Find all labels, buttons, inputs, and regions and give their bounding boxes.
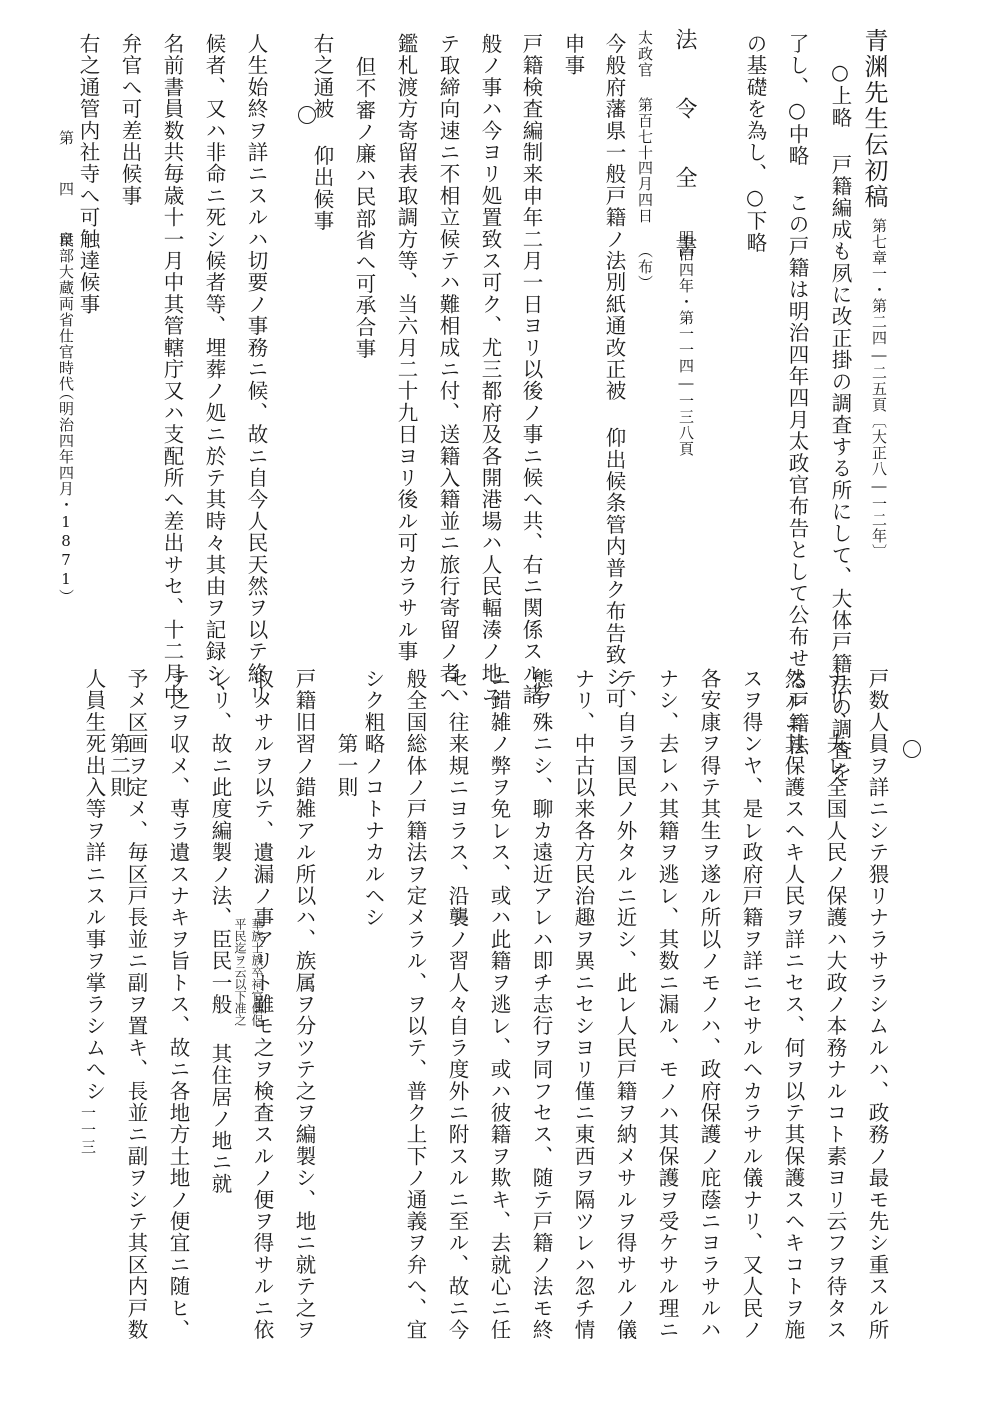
lower-line-12: 般全国総体ノ戸籍法ヲ定メラル、ヲ以テ、普ク上下ノ通義ヲ弁へ、宜 (405, 668, 426, 1341)
rule-1-note-line-2: 平民迄ヲ云以下准之 (232, 918, 249, 1026)
lower-line-11: セ、往来規ニヨラス、沿襲ノ習人々自ラ度外ニ附スルニ至ル、故ニ今 (447, 668, 468, 1341)
rule-1-interlinear-note: 華族士族卒祠官僧侶 平民迄ヲ云以下准之 (232, 918, 266, 1026)
law-body-line-3: 戸籍検査編制来申年二月一日ヨリ以後ノ事ニ候へ共、右ニ関係スル諸 (521, 33, 542, 706)
law-body-line-6: 鑑札渡方寄留表取調方等、当六月二十九日ヨリ後ル可カラサル事 (396, 33, 417, 662)
decree-label: 太政官 第百七十 (637, 30, 652, 161)
law-body-closing: 右之通被 仰出候事 (312, 33, 333, 232)
lower-line-9: 態ヲ殊ニシ、聊カ遠近アレハ即チ志行ヲ同フセス、随テ戸籍ノ法モ終 (531, 668, 552, 1341)
page-number: 一一三 (80, 1105, 95, 1156)
source-reference: 第七章一・第二四―二五頁〔大正八―一二年〕 (871, 218, 886, 560)
lower-line-13: シク粗略ノコトナカルヘシ (363, 668, 384, 928)
second-section-line-5: 右之通管内社寺へ可触達候事 (78, 33, 99, 315)
intro-line-3: の基礎を為し、○下略 (745, 33, 766, 254)
second-section-line-2: 候者、又ハ非命ニ死シ候者等、埋葬ノ処ニ於テ其時々其由ヲ記録シ、 (204, 33, 225, 706)
rule-1-line-1: 戸籍旧習ノ錯雑アル所以ハ、族属ヲ分ツテ之ヲ編製シ、地ニ就テ之ヲ (294, 668, 315, 1341)
book-title: 青渊先生伝初稿 (862, 28, 886, 210)
rule-2-heading: 第二則 (108, 733, 129, 798)
lower-line-4: スヲ得ンヤ、是レ政府戸籍ヲ詳ニセサルヘカラサル儀ナリ、又人民ノ (741, 668, 762, 1341)
second-section-line-3: 名前書員数共毎歳十一月中其管轄庁又ハ支配所へ差出サセ、十二月中 (162, 33, 183, 706)
chapter-period: （明治四年四月・1871） (58, 385, 73, 605)
lower-line-6: ナシ、去レハ其籍ヲ逃レ、其数ニ漏ル、モノハ其保護ヲ受ケサル理ニ (657, 668, 678, 1341)
rule-1-line-3a: レリ、故ニ此度編製ノ法、臣民一般 (210, 668, 231, 1015)
rule-1-line-4: テ之ヲ収メ、専ラ遺スナキヲ旨トス、故ニ各地方土地ノ便宜ニ随ヒ、 (168, 668, 189, 1341)
lower-line-5: 各安康ヲ得テ其生ヲ遂ル所以ノモノハ、政府保護ノ庇蔭ニヨラサルハ (699, 668, 720, 1341)
lower-line-2: ナリ、夫レ全国人民ノ保護ハ大政ノ本務ナルコト素ヨリ云フヲ待タス (825, 668, 846, 1341)
chapter-title: 民部大蔵両省仕官時代 (58, 232, 73, 392)
decree-date: 四月四日 （布） (637, 160, 652, 291)
law-body-line-1: 今般府藩県一般戸籍ノ法別紙通改正被 仰出候条管内普ク布告致シ可 (604, 33, 625, 709)
rule-1-line-3b: 其住居ノ地ニ就 (210, 1043, 231, 1195)
rule-1-heading: 第一則 (336, 733, 357, 798)
lower-line-10: ニ錯雑ノ弊ヲ免レス、或ハ此籍ヲ逃レ、或ハ彼籍ヲ欺キ、去就心ニ任 (489, 668, 510, 1341)
intro-line-2: 了し、○中略 この戸籍は明治四年四月太政官布告として公布せる戸籍法 (787, 33, 808, 756)
lower-line-7: テ、自ラ国民ノ外タルニ近シ、此レ人民戸籍ヲ納メサルヲ得サルノ儀 (615, 668, 636, 1341)
law-body-line-5: テ取締向速ニ不相立候テハ難相成ニ付、送籍入籍並ニ旅行寄留ノ者へ (438, 33, 459, 706)
law-body-proviso: 但不審ノ廉ハ民部省へ可承合事 (354, 56, 375, 360)
rule-1-note-line-1: 華族士族卒祠官僧侶 (249, 918, 266, 1026)
law-body-line-4: 般ノ事ハ今ヨリ処置致ス可ク、尤三都府及各開港場ハ人民輻湊ノ地ニ (480, 33, 501, 706)
rule-1-line-6: 人員生死出入等ヲ詳ニスル事ヲ掌ラシムへシ (84, 668, 105, 1102)
second-section-line-4: 弁官へ可差出候事 (120, 33, 141, 207)
lower-line-1: 戸数人員ヲ詳ニシテ猥リナラサラシムルハ、政務ノ最モ先シ重スル所 (867, 668, 888, 1341)
lower-line-8: ナリ、中古以来各方民治趣ヲ異ニセシヨリ僅ニ東西ヲ隔ツレハ忽チ情 (573, 668, 594, 1341)
section-divider-circle (298, 106, 316, 124)
second-section-line-1: 人生始終ヲ詳ニスルハ切要ノ事務ニ候、故ニ自今人民天然ヲ以テ終リ (246, 33, 267, 706)
law-body-line-2: 申事 (563, 33, 584, 76)
law-collection-reference: 明治四年・第一一四―一三八頁 (678, 230, 693, 457)
section-divider-circle (903, 740, 921, 758)
lower-line-3: 然ルニ其保護スヘキ人民ヲ詳ニセス、何ヲ以テ其保護スヘキコトヲ施 (783, 668, 804, 1341)
